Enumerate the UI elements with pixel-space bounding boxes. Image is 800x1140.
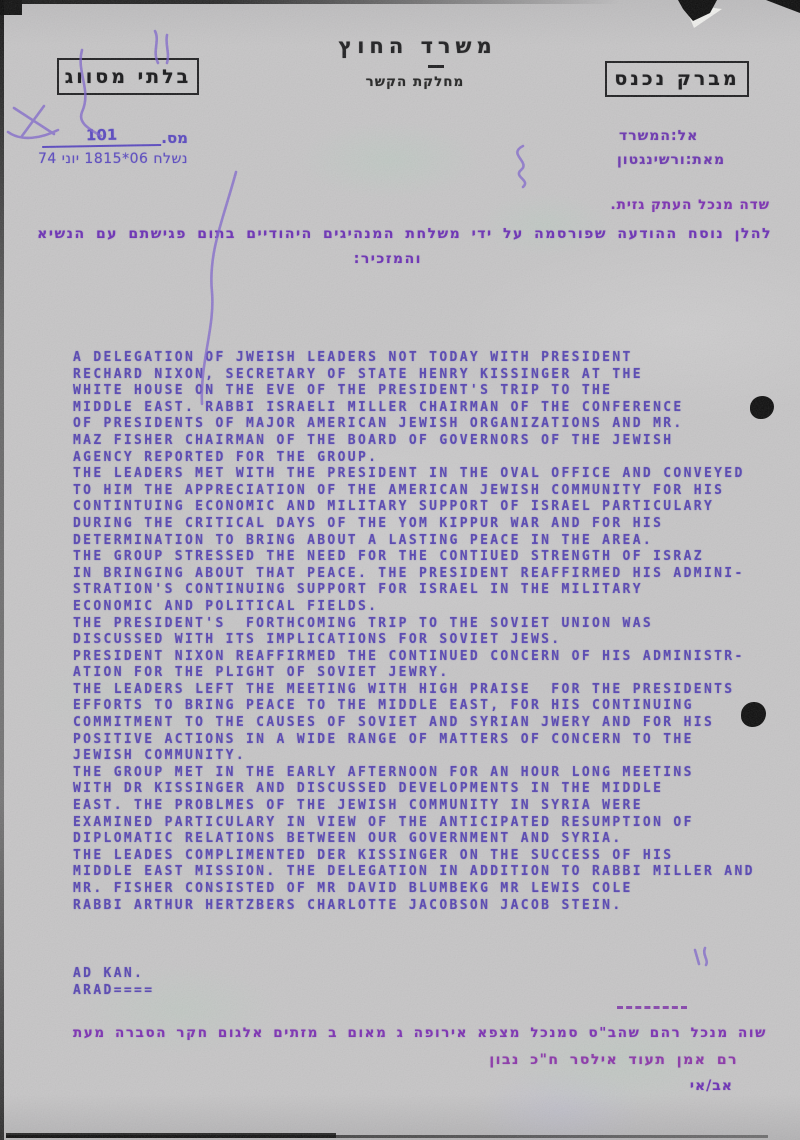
- torn-corner-black-1: [678, 0, 717, 21]
- to-line: אל:המשרד: [619, 128, 698, 144]
- typist-initials: אב/אי: [690, 1078, 733, 1094]
- telegram-body-text: A DELEGATION OF JWEISH LEADERS NOT TODAY…: [73, 350, 755, 914]
- telegram-number-row: מס. 101: [38, 126, 188, 147]
- title-dash-divider: [428, 65, 444, 68]
- incoming-telegram-stamp: מברק נכנס: [605, 61, 749, 97]
- department-subtitle: מחלקת הקשר: [335, 74, 495, 90]
- torn-corner-black-2: [766, 0, 800, 13]
- classification-stamp: בלתי מסווג: [57, 58, 199, 95]
- pen-mark-near-adkan-2: [704, 948, 707, 965]
- classification-stamp-label: בלתי מסווג: [65, 66, 191, 88]
- sent-date-line: נשלח 06*1815 יוני 74: [38, 151, 188, 167]
- intro-line-1: להלן נוסח ההודעה שפורסמה על ידי משלחת המ…: [37, 226, 772, 242]
- intro-line-2: והמזכיר:: [354, 251, 422, 267]
- ink-dot-2: [741, 702, 766, 727]
- scanned-telegram-page: משרד החוץ מחלקת הקשר בלתי מסווג מברק נכנ…: [0, 0, 800, 1140]
- pen-mark-center-squiggle: [517, 146, 525, 187]
- scan-edge-top: [0, 0, 620, 4]
- distribution-line-bottom-2: רם אמן תעוד אילסר ח"כ נבון: [489, 1052, 738, 1068]
- telegram-sign-off: AD KAN. ARAD====: [73, 966, 154, 999]
- scan-edge-left: [0, 0, 4, 1140]
- scan-edge-bottom-left: [6, 1133, 336, 1138]
- ministry-title: משרד החוץ: [310, 34, 525, 58]
- pen-mark-near-adkan-1: [695, 950, 699, 964]
- distribution-line-bottom-1: שוה מנכל רהם שהב"ס סמנכל מצפא אירופה ג מ…: [73, 1025, 767, 1041]
- ink-dot-1: [750, 396, 774, 419]
- telegram-number-value: 101: [42, 125, 162, 148]
- from-line: מאת:ורשינגטון: [617, 152, 725, 168]
- dashed-separator: [617, 1006, 687, 1009]
- distribution-line-top: שדה מנכל העתק גזית.: [611, 197, 770, 213]
- torn-corner-white-flap: [684, 4, 722, 28]
- telegram-number-label: מס.: [161, 129, 188, 147]
- incoming-telegram-stamp-label: מברק נכנס: [614, 68, 739, 90]
